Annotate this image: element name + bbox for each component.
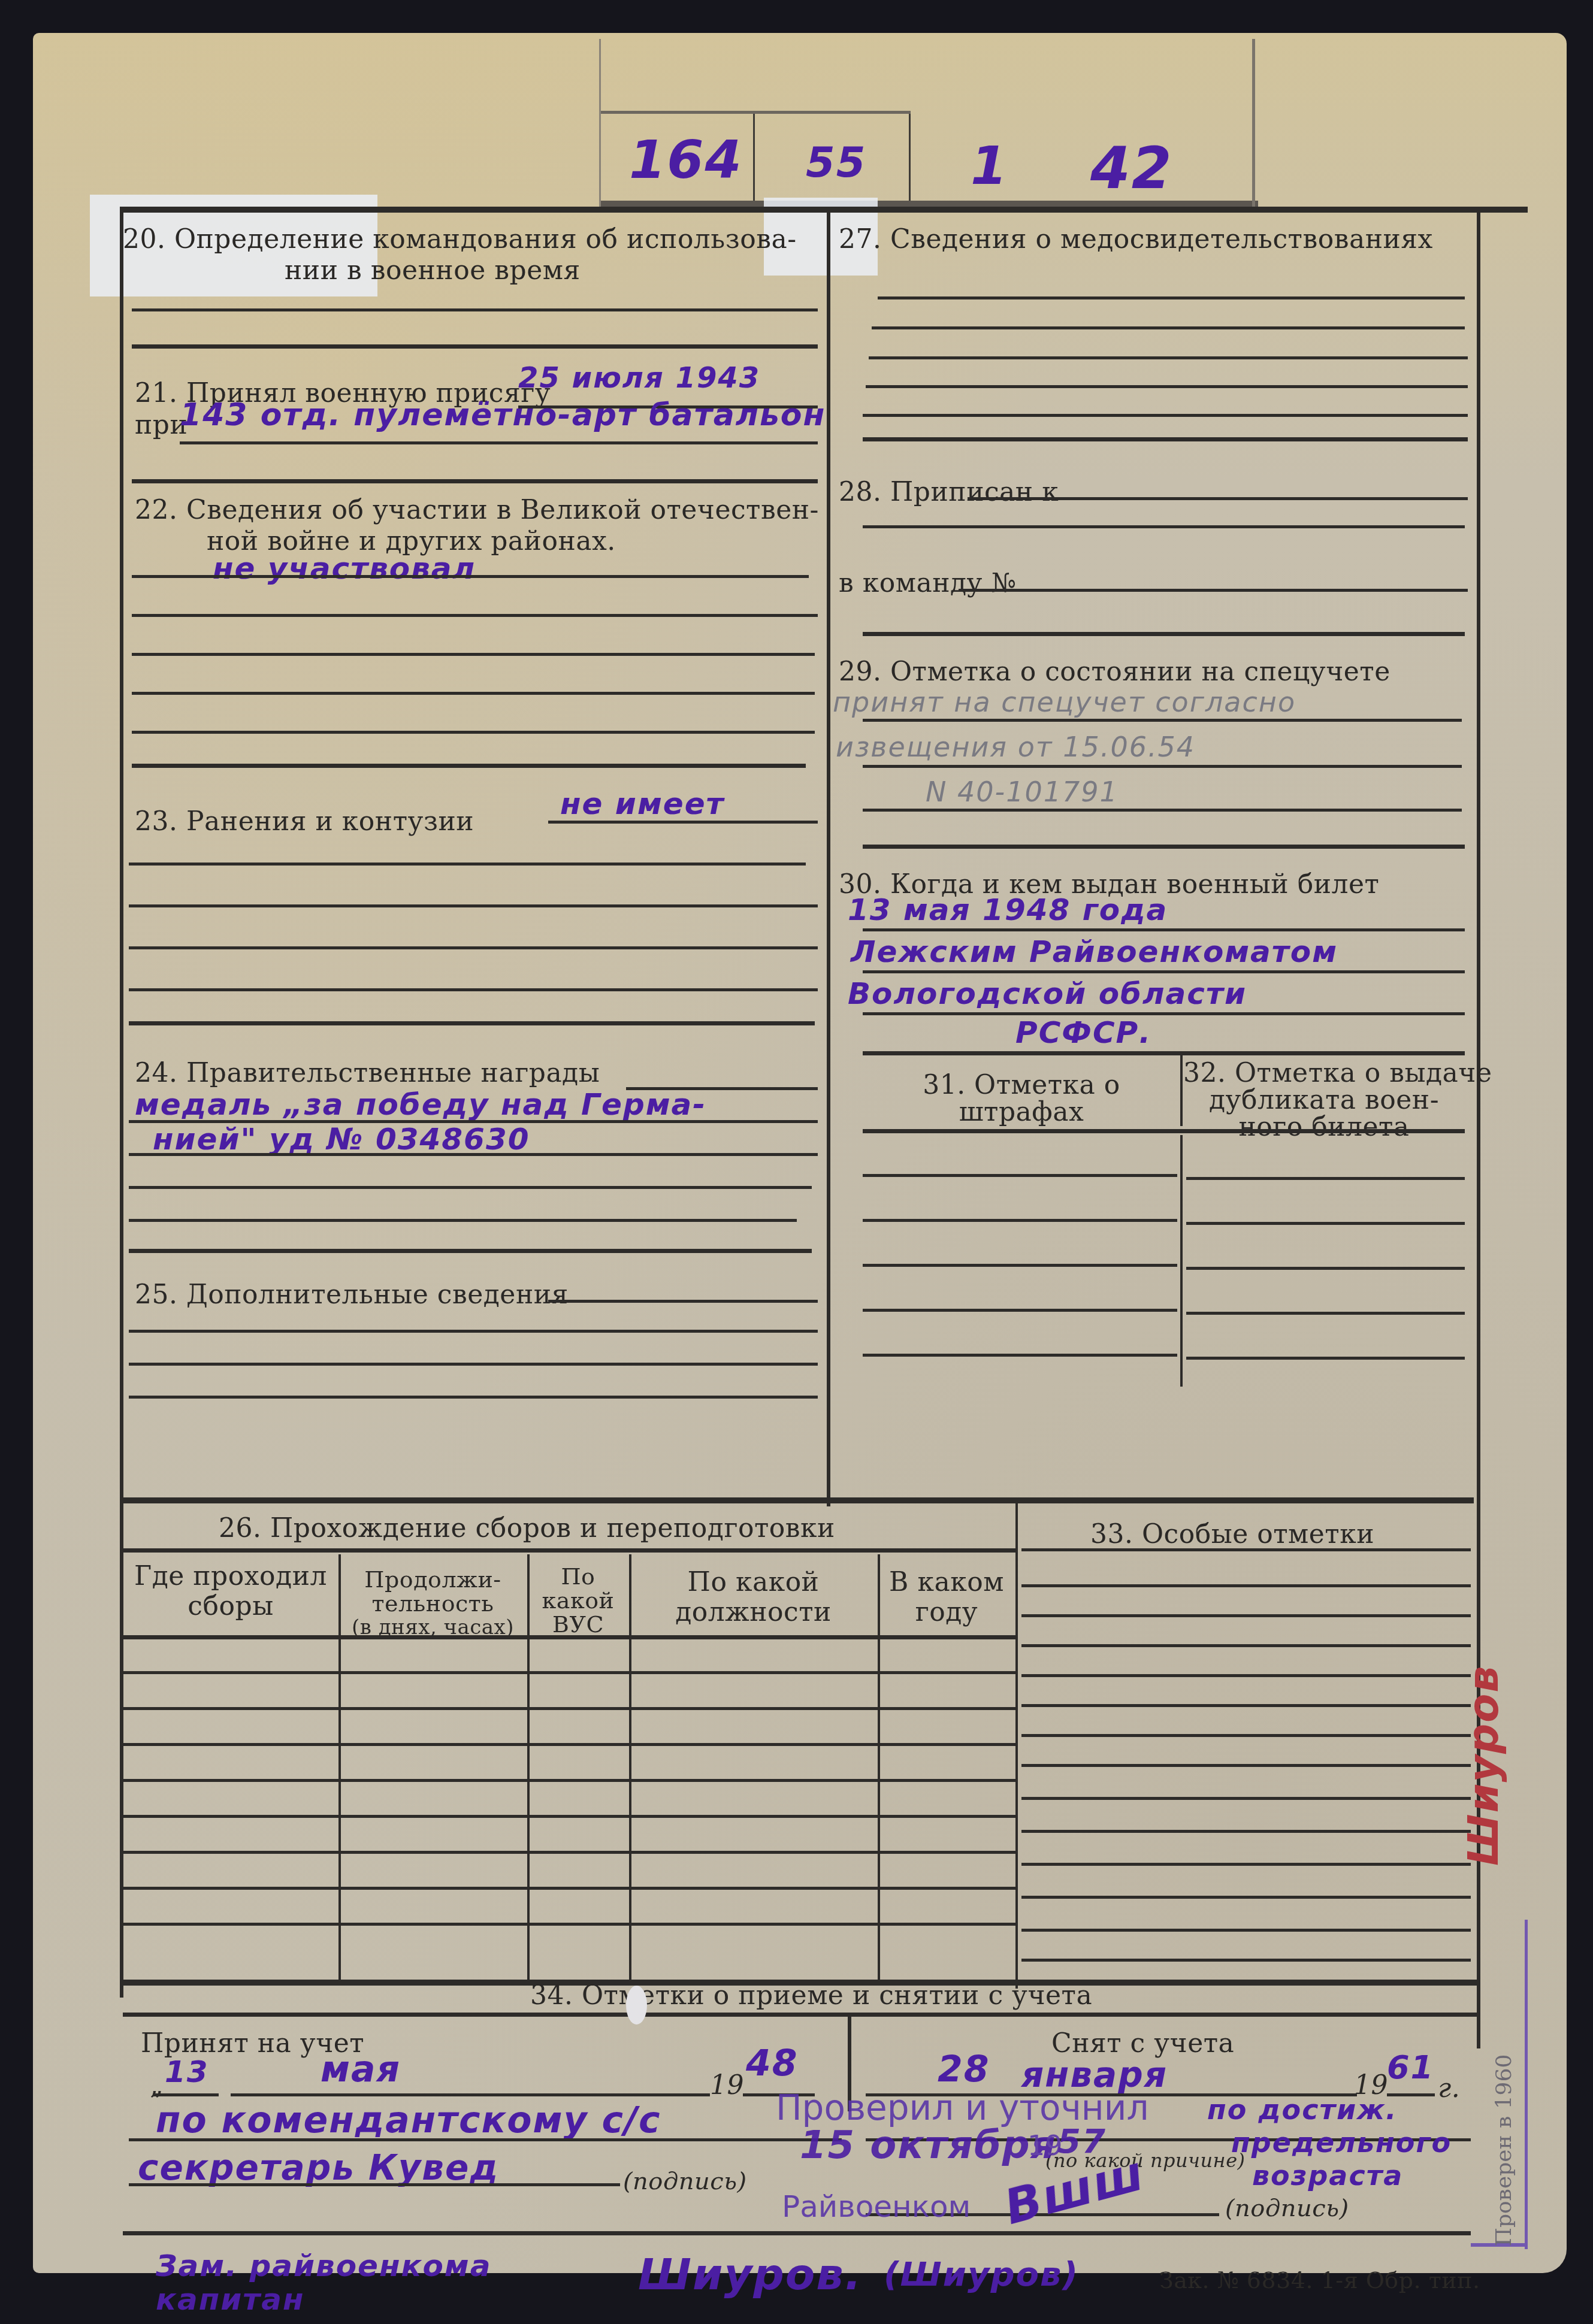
- ruled-line: [1021, 1797, 1471, 1800]
- ruled-line: [863, 1219, 1177, 1222]
- ruled-line: [863, 414, 1468, 417]
- ruled-line: [153, 2093, 219, 2096]
- removed-reason-line3: возраста: [1252, 2159, 1403, 2192]
- special-registry-value-line1: принят на спецучет согласно: [833, 686, 1296, 718]
- ruled-line: [1021, 1896, 1471, 1899]
- red-signature: Шиуров: [1459, 1665, 1508, 1866]
- table-header-top: [123, 1548, 1015, 1553]
- deputy-title: Зам. райвоенкома капитан: [156, 2249, 545, 2316]
- table-header-bottom: [123, 1635, 1015, 1639]
- column-divider: [1180, 1054, 1183, 1126]
- form-left-border: [120, 207, 123, 1998]
- section-divider: [129, 1021, 815, 1025]
- header-code-2: 55: [806, 138, 866, 187]
- column-divider: [1180, 1135, 1183, 1387]
- ruled-line: [959, 589, 1468, 592]
- ruled-line: [132, 308, 818, 311]
- ruled-line: [132, 731, 815, 734]
- removed-year: 61: [1387, 2048, 1434, 2086]
- section-divider: [132, 344, 818, 349]
- table-header-location: Где проходил: [123, 1560, 338, 1593]
- accepted-signer: секретарь Кувед: [138, 2147, 499, 2188]
- form-top-border: [120, 207, 1528, 213]
- ruled-line: [1186, 1177, 1465, 1180]
- ruled-line: [548, 821, 818, 824]
- ruled-line: [1021, 1929, 1471, 1932]
- ruled-line: [129, 904, 818, 907]
- accepted-day: 13: [165, 2054, 209, 2089]
- ruled-line: [863, 525, 1465, 528]
- ruled-line: [129, 1186, 812, 1189]
- ruled-line: [129, 1396, 818, 1399]
- table-header-position: По какой: [629, 1566, 878, 1599]
- military-record-card: 164 55 1 42 20. Определение командования…: [33, 33, 1567, 2273]
- side-stamp: Проверен в 1960: [1471, 1920, 1537, 2249]
- removed-reason-line2: предельного: [1231, 2126, 1452, 2159]
- table-row: [123, 1851, 1015, 1854]
- war-participation-value: не участвовал: [213, 551, 476, 586]
- section-24-label: 24. Правительственные награды: [135, 1057, 600, 1090]
- ruled-line: [1186, 1267, 1465, 1270]
- table-row: [123, 1923, 1015, 1926]
- section-22-label: 22. Сведения об участии в Великой отечес…: [135, 494, 819, 526]
- ruled-line: [132, 692, 815, 695]
- ruled-line: [863, 1354, 1177, 1357]
- section-20-label-cont: нии в военное время: [285, 255, 581, 287]
- quote-mark: „: [150, 2069, 164, 2102]
- deputy-signature: Шиуров.: [638, 2249, 862, 2299]
- wounds-value: не имеет: [560, 786, 725, 821]
- section-25-label: 25. Дополнительные сведения: [135, 1279, 569, 1311]
- stamp-date: 15 октября: [800, 2123, 1057, 2168]
- oath-date-value: 25 июля 1943: [518, 361, 760, 395]
- section-divider: [863, 437, 1468, 441]
- ruled-line: [878, 296, 1465, 299]
- ruled-line: [1186, 1357, 1465, 1360]
- accepted-year-prefix: 19: [710, 2069, 744, 2102]
- ruled-line: [1021, 1863, 1471, 1866]
- section-divider: [863, 845, 1465, 849]
- ruled-line: [863, 1012, 1465, 1015]
- ruled-line: [1021, 1959, 1471, 1962]
- table-row: [123, 1779, 1015, 1782]
- section-divider: [863, 1051, 1465, 1055]
- accepted-reason: по комендантскому с/с: [156, 2099, 661, 2141]
- ruled-line: [129, 1219, 797, 1222]
- ruled-line: [129, 2183, 620, 2186]
- ruled-line: [132, 575, 809, 578]
- ruled-line: [231, 2093, 710, 2096]
- removed-year-suffix: г.: [1438, 2072, 1460, 2105]
- table-row: [123, 1743, 1015, 1746]
- table-header-location-cont: сборы: [123, 1590, 338, 1623]
- section-divider: [129, 1249, 812, 1253]
- ruled-line: [1021, 1764, 1471, 1767]
- ruled-line: [1021, 1584, 1471, 1587]
- section-29-label: 29. Отметка о состоянии на спецучете: [839, 656, 1391, 688]
- ruled-line: [863, 765, 1462, 768]
- ruled-line: [968, 497, 1468, 500]
- section-20-label: 20. Определение командования об использо…: [123, 223, 797, 256]
- ruled-line: [129, 863, 806, 866]
- hole-mark: [626, 1986, 647, 2025]
- ruled-line: [132, 614, 818, 617]
- stamp-raivoenkom: Райвоенком: [782, 2189, 971, 2224]
- removed-reason-line1: по достиж.: [1207, 2093, 1398, 2126]
- header-code-3: 1: [971, 135, 1008, 196]
- military-id-issued-line3: Вологодской области: [848, 976, 1247, 1011]
- print-info: Зак. № 6834. 1-я Обр. тип.: [1159, 2264, 1480, 2296]
- removed-day: 28: [938, 2048, 990, 2090]
- table-row: [123, 1815, 1015, 1818]
- header-code-4: 42: [1090, 135, 1173, 202]
- ruled-line: [866, 385, 1468, 388]
- ruled-line: [548, 1300, 818, 1303]
- ruled-line: [863, 970, 1465, 973]
- ruled-line: [1186, 1312, 1465, 1315]
- column-divider: [1015, 1503, 1018, 1989]
- section-28-team-label: в команду №: [839, 567, 1017, 600]
- ruled-line: [1021, 1644, 1471, 1647]
- table-header-year-cont: году: [878, 1596, 1015, 1629]
- military-id-issued-line4: РСФСР.: [1015, 1015, 1151, 1050]
- section-31-label-cont: штрафах: [863, 1096, 1180, 1128]
- ruled-line: [863, 928, 1465, 931]
- oath-unit-value: 143 отд. пулемётно-арт батальон: [180, 397, 826, 433]
- ruled-line: [1021, 1704, 1471, 1707]
- section-33-label: 33. Особые отметки: [1090, 1518, 1374, 1551]
- ruled-line: [129, 1153, 818, 1156]
- ruled-line: [863, 719, 1462, 722]
- column-divider: [827, 207, 830, 1506]
- military-id-issued-line2: Лежским Райвоенкоматом: [851, 934, 1338, 969]
- side-stamp-text: Проверен в 1960: [1492, 1977, 1516, 2247]
- section-27-label: 27. Сведения о медосвидетельствованиях: [839, 223, 1433, 256]
- removed-sign-label: (подпись): [1225, 2192, 1349, 2225]
- deputy-name: (Шиуров): [884, 2255, 1079, 2294]
- section-divider: [863, 632, 1465, 636]
- ruled-line: [180, 441, 818, 444]
- form-bottom-border: [123, 2231, 1471, 2235]
- ruled-line: [869, 356, 1468, 359]
- section-divider: [123, 2013, 1477, 2017]
- accepted-sign-label: (подпись): [623, 2165, 747, 2198]
- ruled-line: [872, 326, 1465, 329]
- ruled-line: [1021, 1614, 1471, 1617]
- section-28-label: 28. Приписан к: [839, 476, 1059, 509]
- section-divider: [132, 479, 818, 483]
- ruled-line: [129, 946, 818, 949]
- accepted-month: мая: [321, 2048, 401, 2090]
- ruled-line: [129, 988, 818, 991]
- ruled-line: [863, 809, 1462, 812]
- table-row: [123, 1707, 1015, 1710]
- table-header-position-cont: должности: [629, 1596, 878, 1629]
- header-code-box: 164 55 1 42: [599, 39, 1258, 213]
- ruled-line: [1186, 1222, 1465, 1225]
- awards-value-line2: нией" уд № 0348630: [153, 1122, 530, 1157]
- ruled-line: [1021, 1548, 1471, 1551]
- table-header-year: В каком: [878, 1566, 1015, 1599]
- ruled-line: [129, 2138, 842, 2141]
- section-divider: [132, 764, 806, 768]
- table-row: [123, 1887, 1015, 1890]
- ruled-line: [132, 653, 815, 656]
- ruled-line: [129, 1330, 818, 1333]
- section-32-label-cont2: ного билета: [1183, 1111, 1465, 1143]
- ruled-line: [863, 1264, 1177, 1267]
- section-divider: [123, 1497, 1474, 1503]
- section-34-title: 34. Отметки о приеме и снятии с учета: [530, 1980, 1092, 2012]
- ruled-line: [129, 1363, 818, 1366]
- section-divider: [863, 1129, 1465, 1133]
- ruled-line: [1021, 1734, 1471, 1737]
- ruled-line: [1021, 1830, 1471, 1833]
- accepted-year: 48: [746, 2042, 799, 2084]
- section-26-title: 26. Прохождение сборов и переподготовки: [219, 1512, 835, 1545]
- header-code-1: 164: [629, 129, 743, 190]
- ruled-line: [1021, 1674, 1471, 1677]
- table-row: [123, 1671, 1015, 1674]
- military-id-issued-line1: 13 мая 1948 года: [848, 892, 1168, 927]
- special-registry-value-line2: извещения от 15.06.54: [836, 731, 1195, 763]
- awards-value-line1: медаль „за победу над Герма-: [135, 1087, 706, 1122]
- ruled-line: [863, 1309, 1177, 1312]
- section-23-label: 23. Ранения и контузии: [135, 806, 474, 838]
- special-registry-value-line3: N 40-101791: [926, 776, 1119, 808]
- ruled-line: [863, 1174, 1177, 1177]
